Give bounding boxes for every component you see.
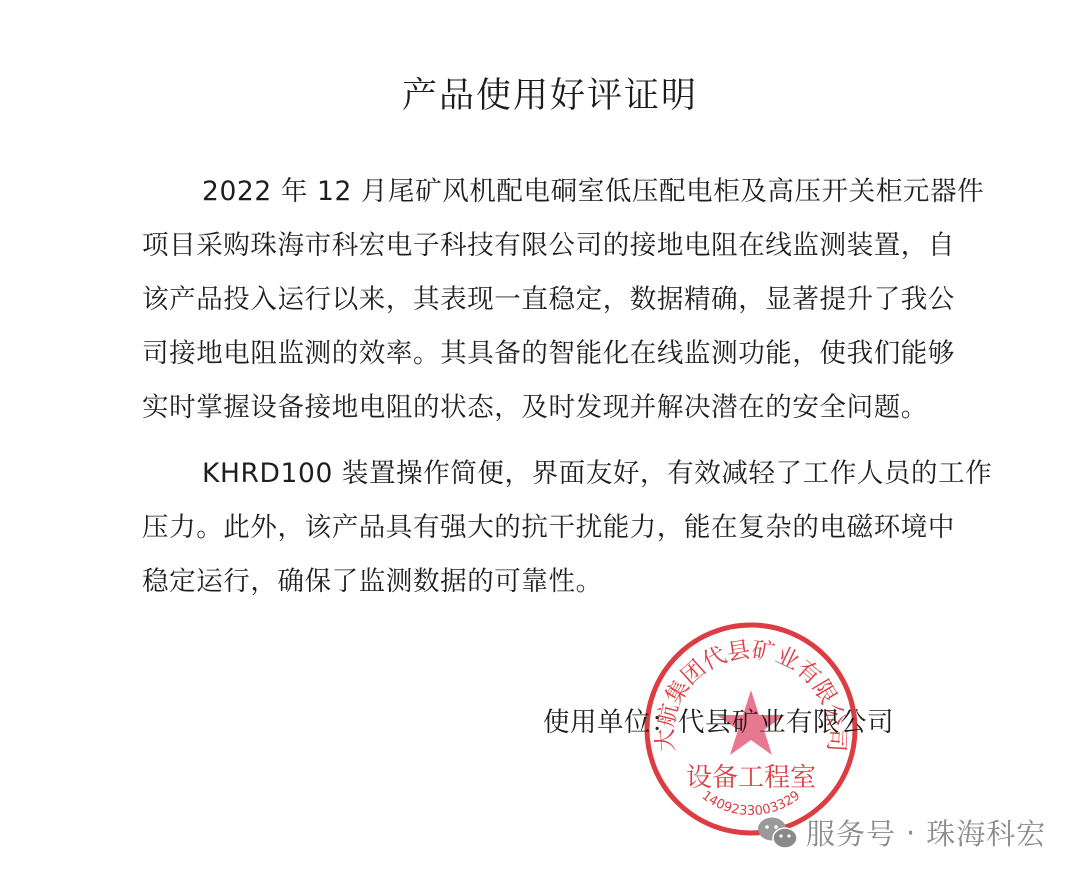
paragraph-line: 2022 年 12 月尾矿风机配电硐室低压配电柜及高压开关柜元器件 bbox=[142, 165, 962, 219]
separator: · bbox=[906, 816, 916, 850]
wechat-watermark: 服务号 · 珠海科宏 bbox=[756, 812, 1046, 853]
seal-center-text: 设备工程室 bbox=[686, 763, 816, 793]
account-type: 服务号 bbox=[806, 812, 896, 853]
document-page: 产品使用好评证明 2022 年 12 月尾矿风机配电硐室低压配电柜及高压开关柜元… bbox=[0, 0, 1080, 876]
paragraph-line: 实时掌握设备接地电阻的状态，及时发现并解决潜在的安全问题。 bbox=[142, 381, 962, 435]
paragraph-line: KHRD100 装置操作简便，界面友好，有效减轻了工作人员的工作 bbox=[142, 447, 962, 501]
document-title: 产品使用好评证明 bbox=[0, 68, 1080, 118]
account-name: 珠海科宏 bbox=[926, 812, 1046, 853]
paragraph-line: 稳定运行，确保了监测数据的可靠性。 bbox=[142, 555, 962, 609]
document-body: 2022 年 12 月尾矿风机配电硐室低压配电柜及高压开关柜元器件 项目采购珠海… bbox=[142, 165, 962, 609]
paragraph-2: KHRD100 装置操作简便，界面友好，有效减轻了工作人员的工作 压力。此外，该… bbox=[142, 447, 962, 609]
paragraph-line: 项目采购珠海市科宏电子科技有限公司的接地电阻在线监测装置，自 bbox=[142, 219, 962, 273]
wechat-icon bbox=[756, 815, 800, 851]
paragraph-line: 压力。此外，该产品具有强大的抗干扰能力，能在复杂的电磁环境中 bbox=[142, 501, 962, 555]
paragraph-line: 司接地电阻监测的效率。其具备的智能化在线监测功能，使我们能够 bbox=[142, 327, 962, 381]
paragraph-line: 该产品投入运行以来，其表现一直稳定，数据精确，显著提升了我公 bbox=[142, 273, 962, 327]
paragraph-1: 2022 年 12 月尾矿风机配电硐室低压配电柜及高压开关柜元器件 项目采购珠海… bbox=[142, 165, 962, 435]
signature-line: 使用单位：代县矿业有限公司 bbox=[543, 700, 894, 739]
